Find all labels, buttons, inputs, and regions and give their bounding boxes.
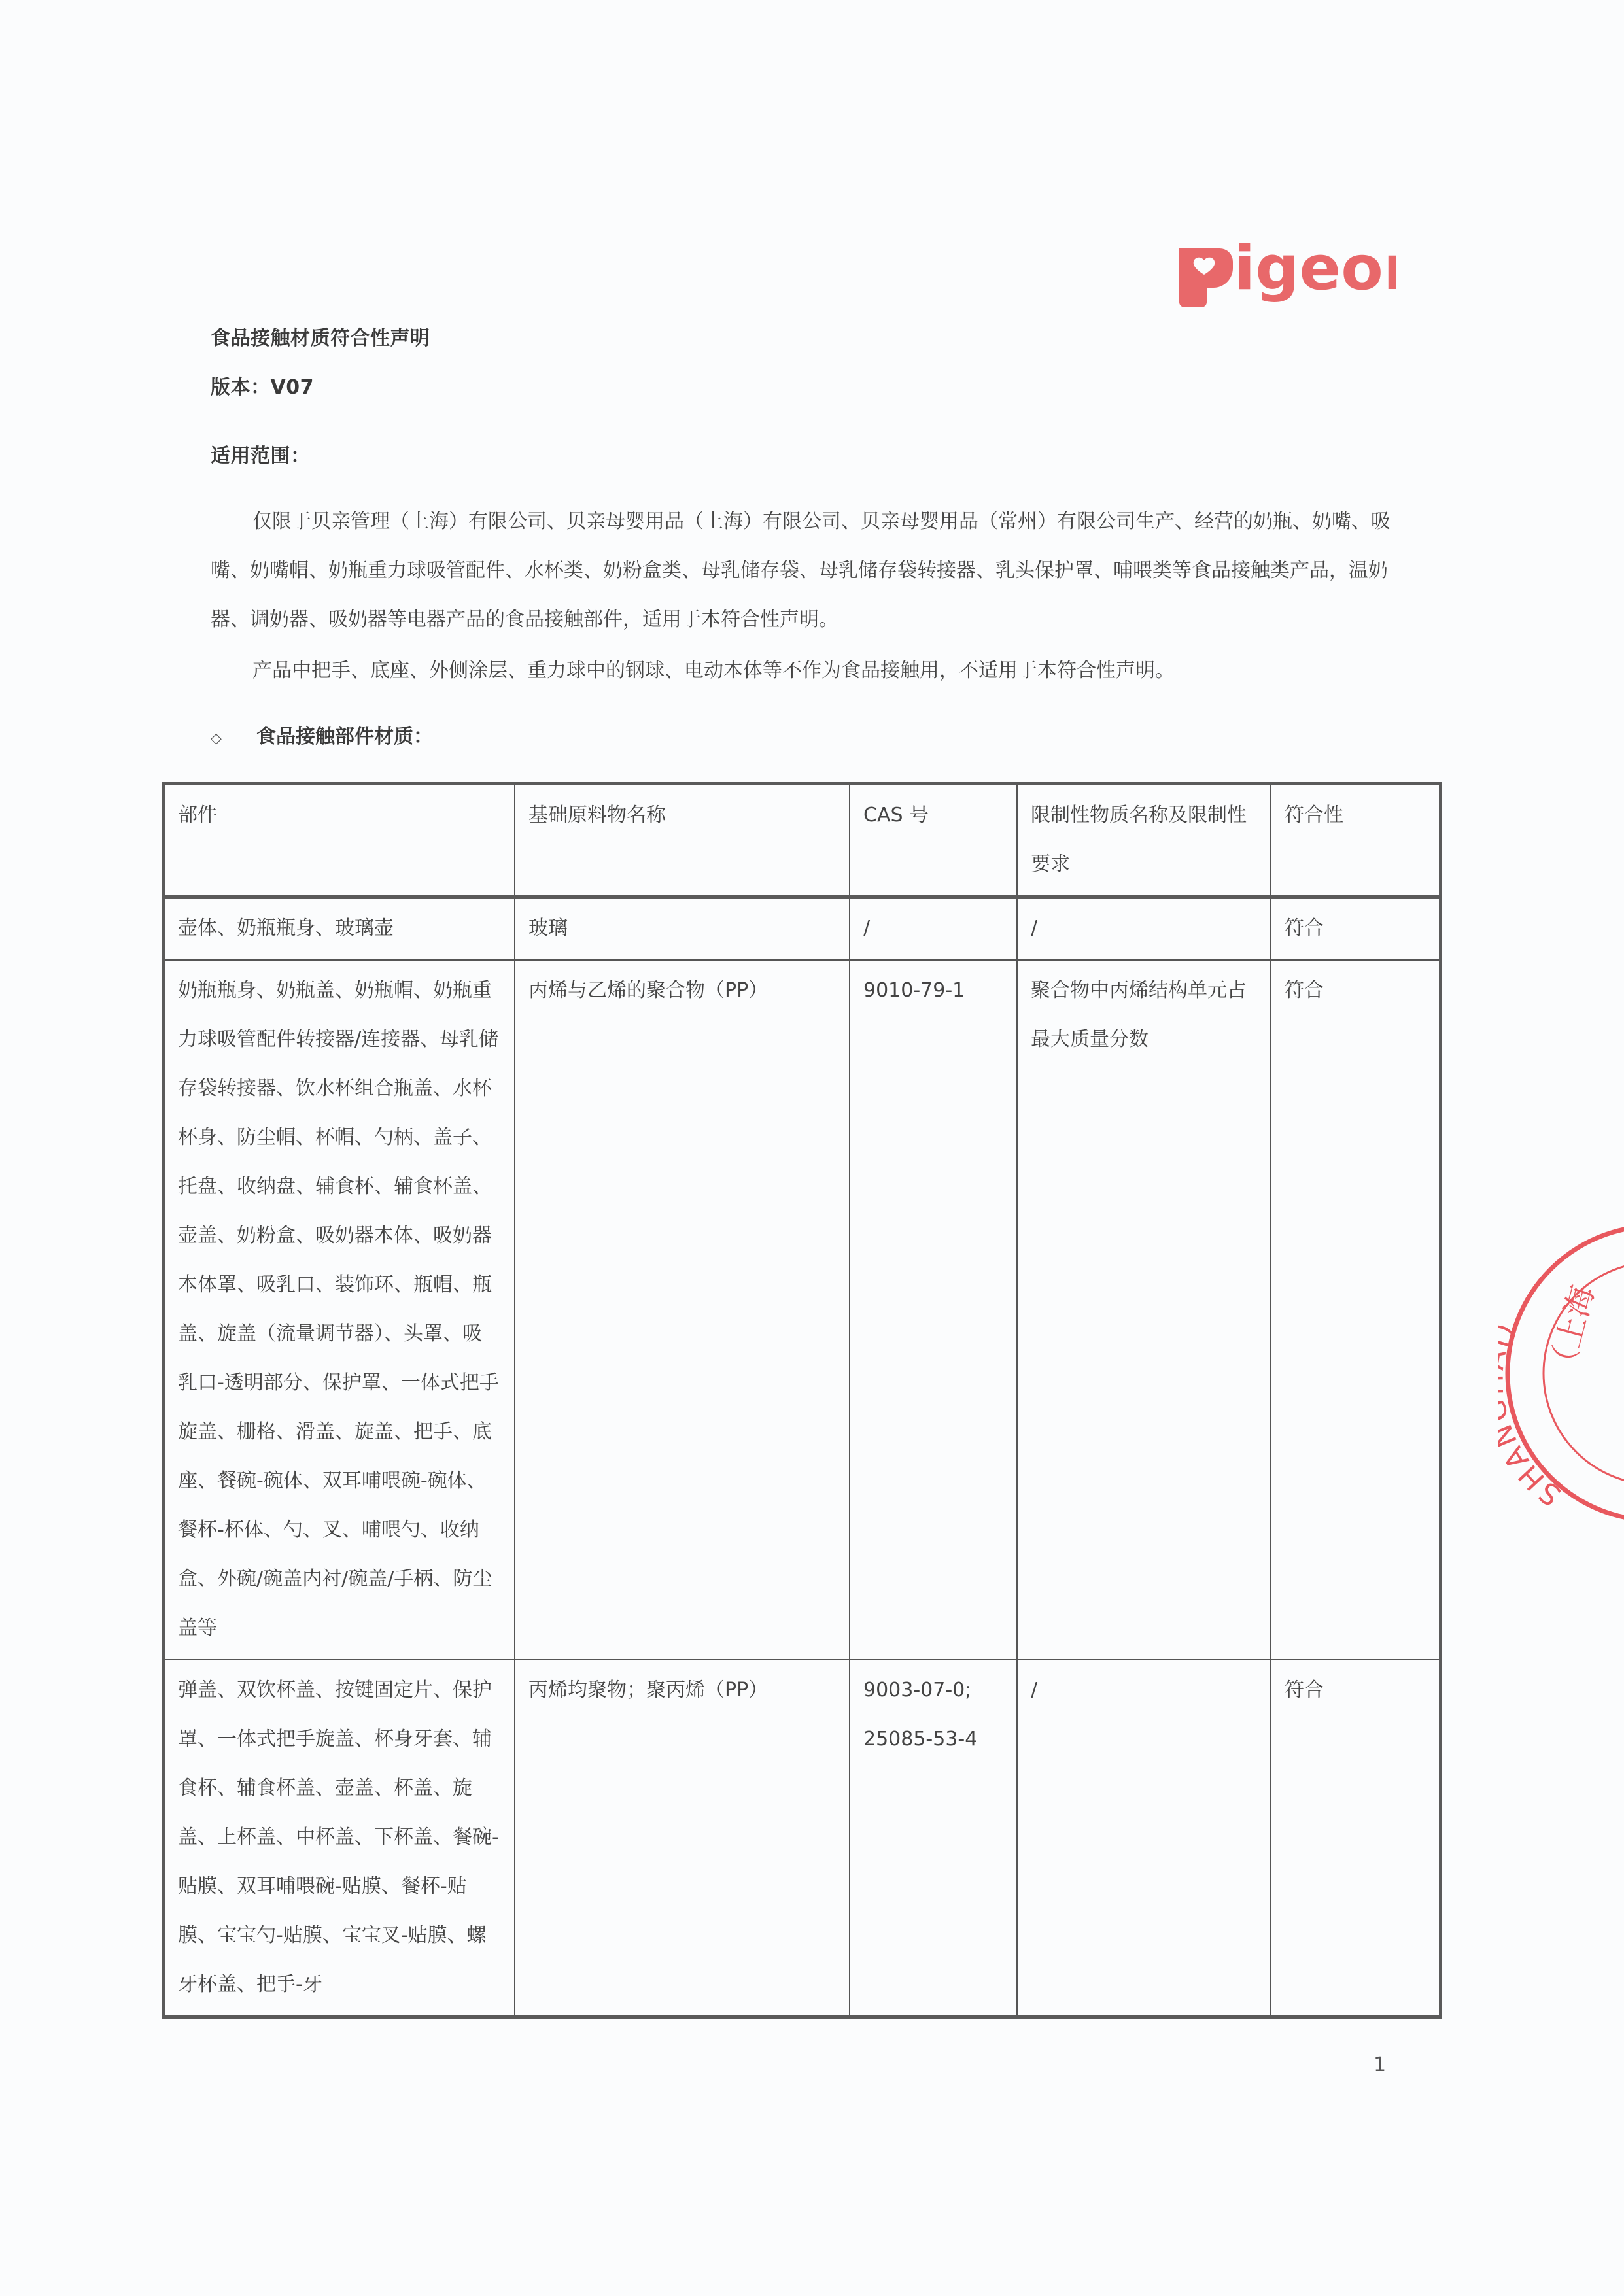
cell-compliance: 符合 [1271,1660,1441,2017]
cell-cas: 9010-79-1 [850,960,1017,1660]
exclusion-paragraph: 产品中把手、底座、外侧涂层、重力球中的钢球、电动本体等不作为食品接触用，不适用于… [211,646,1401,695]
header-material: 基础原料物名称 [515,784,850,897]
diamond-bullet-icon: ◇ [211,716,256,762]
header-restriction: 限制性物质名称及限制性要求 [1017,784,1271,897]
cell-restriction: / [1017,897,1271,961]
cell-cas: 9003-07-0;25085-53-4 [850,1660,1017,2017]
cell-material: 玻璃 [515,897,850,961]
document-title: 食品接触材质符合性声明 [211,322,430,351]
cell-restriction: / [1017,1660,1271,2017]
cell-part: 奶瓶瓶身、奶瓶盖、奶瓶帽、奶瓶重力球吸管配件转接器/连接器、母乳储存袋转接器、饮… [164,960,515,1660]
cell-cas: / [850,897,1017,961]
svg-text:igeon: igeon [1234,233,1396,304]
seal-icon: SHANGHAI) （上海 [1498,1216,1624,1530]
cell-compliance: 符合 [1271,897,1441,961]
cell-part: 弹盖、双饮杯盖、按键固定片、保护罩、一体式把手旋盖、杯身牙套、辅食杯、辅食杯盖、… [164,1660,515,2017]
page-number: 1 [1373,2053,1386,2076]
header-part: 部件 [164,784,515,897]
company-seal-stamp: SHANGHAI) （上海 [1498,1216,1624,1530]
cell-restriction: 聚合物中丙烯结构单元占最大质量分数 [1017,960,1271,1660]
scope-heading: 适用范围： [211,439,311,468]
cell-material: 丙烯均聚物；聚丙烯（PP） [515,1660,850,2017]
header-cas: CAS 号 [850,784,1017,897]
section-heading: ◇食品接触部件材质： [211,714,433,762]
scope-paragraph: 仅限于贝亲管理（上海）有限公司、贝亲母婴用品（上海）有限公司、贝亲母婴用品（常州… [211,497,1401,644]
table-row: 弹盖、双饮杯盖、按键固定片、保护罩、一体式把手旋盖、杯身牙套、辅食杯、辅食杯盖、… [164,1660,1441,2017]
cell-material: 丙烯与乙烯的聚合物（PP） [515,960,850,1660]
section-label: 食品接触部件材质： [256,725,433,748]
document-version: 版本：V07 [211,371,314,400]
table-header-row: 部件 基础原料物名称 CAS 号 限制性物质名称及限制性要求 符合性 [164,784,1441,897]
version-value: V07 [271,376,314,399]
heart-p-logo-icon: igeon [1174,222,1396,307]
cell-compliance: 符合 [1271,960,1441,1660]
header-compliance: 符合性 [1271,784,1441,897]
materials-table: 部件 基础原料物名称 CAS 号 限制性物质名称及限制性要求 符合性 壶体、奶瓶… [162,782,1442,2019]
cell-part: 壶体、奶瓶瓶身、玻璃壶 [164,897,515,961]
pigeon-logo: igeon [1174,222,1396,307]
version-label: 版本： [211,376,271,399]
table-row: 壶体、奶瓶瓶身、玻璃壶 玻璃 / / 符合 [164,897,1441,961]
table-row: 奶瓶瓶身、奶瓶盖、奶瓶帽、奶瓶重力球吸管配件转接器/连接器、母乳储存袋转接器、饮… [164,960,1441,1660]
